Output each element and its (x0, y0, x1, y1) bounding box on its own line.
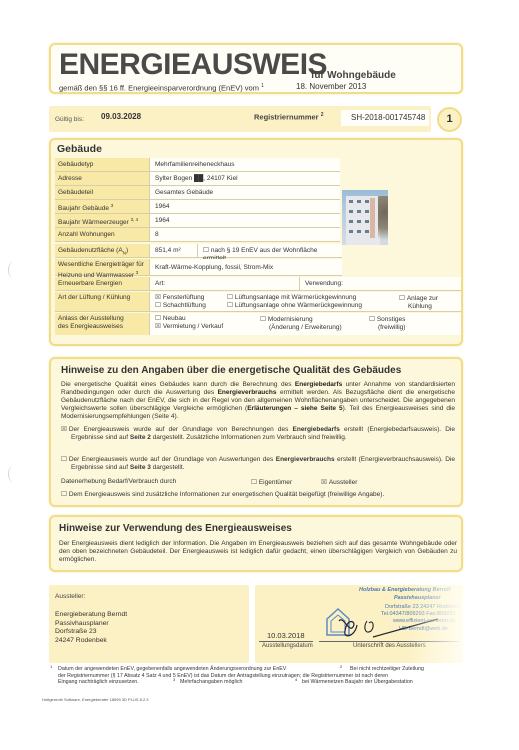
checkbox-additional-info[interactable]: ☐ (61, 490, 67, 498)
checkbox-demand-certificate[interactable]: ☒ (61, 425, 67, 433)
issuer-address: Energieberatung Berndt Passivhausplaner … (55, 611, 127, 645)
valid-until-date: 09.03.2028 (101, 112, 141, 121)
additional-info-row: ☐Dem Energieausweis sind zusätzliche Inf… (61, 490, 455, 499)
energy-quality-notes-section: Hinweise zu den Angaben über die energet… (49, 357, 463, 507)
divider (319, 641, 459, 642)
table-row: Baujahr Gebäude 31964 (55, 200, 340, 214)
document-title: ENERGIEAUSWEIS (59, 48, 327, 82)
valid-until-label: Gültig bis: (55, 116, 84, 123)
section-title: Gebäude (57, 143, 102, 155)
ventilation-row: Art der Lüftung / Kühlung ☒Fensterlüftun… (55, 292, 461, 312)
building-photo (342, 190, 388, 245)
renewables-row: Erneuerbare Energien Art: Verwendung: (55, 277, 461, 291)
checkbox-issuer[interactable]: ☒ (321, 478, 327, 486)
issue-date-label: Ausstellungsdatum (262, 643, 313, 649)
energy-carriers-row: Wesentliche Energieträger fürHeizung und… (55, 259, 342, 276)
footnotes: 1 Datum der angewendeten EnEV, gegebenen… (50, 666, 470, 686)
registration-number: SH-2018-001745748 (341, 110, 429, 126)
checkbox-area-from-living-space[interactable]: ☐ (203, 246, 209, 254)
usage-text: Der Energieausweis dient lediglich der I… (59, 540, 457, 564)
checkbox-other[interactable]: ☐ (369, 315, 375, 323)
checkbox-ventilation-heat-recovery[interactable]: ☐ (227, 293, 233, 301)
notes-intro: Die energetische Qualität eines Gebäudes… (61, 381, 455, 421)
document-subtitle: für Wohngebäude (311, 70, 396, 81)
data-collection-row: Datenerhebung Bedarf/Verbrauch durch ☐Ei… (61, 478, 455, 486)
section-title: Hinweise zu den Angaben über die energet… (61, 365, 401, 376)
building-table: GebäudetypMehrfamilienreiheneckhaus Adre… (55, 158, 340, 242)
checkbox-owner[interactable]: ☐ (251, 478, 257, 486)
issuer-box: Aussteller: Energieberatung Berndt Passi… (49, 585, 249, 663)
signature-icon (333, 611, 443, 641)
checkbox-cooling-system[interactable]: ☐ (399, 294, 405, 302)
signature-label: Unterschrift des Ausstellers (353, 643, 426, 649)
checkbox-consumption-certificate[interactable]: ☐ (61, 455, 67, 463)
law-reference: gemäß den §§ 16 ff. Energieeinsparverord… (59, 83, 264, 93)
punch-hole-mark (8, 262, 18, 278)
table-row: GebäudetypMehrfamilienreiheneckhaus (55, 158, 340, 172)
certificate-header: ENERGIEAUSWEIS für Wohngebäude gemäß den… (49, 43, 463, 94)
table-row: GebäudeteilGesamtes Gebäude (55, 186, 340, 200)
checkbox-window-ventilation[interactable]: ☒ (155, 293, 161, 301)
punch-hole-mark (8, 466, 18, 482)
occasion-row: Anlass der Ausstellungdes Energieausweis… (55, 313, 461, 335)
usable-area-row: Gebäudenutzfläche (AN) 851,4 m² ☐nach § … (55, 244, 342, 258)
option-consumption-certificate: ☐Der Energieausweis wurde auf der Grundl… (61, 455, 455, 472)
validity-row: Gültig bis: 09.03.2028 Registriernummer … (49, 106, 431, 132)
address-value: Sylter Bogen ██, 24107 Kiel (150, 172, 340, 185)
building-section: Gebäude GebäudetypMehrfamilienreiheneckh… (49, 138, 463, 346)
usage-notes-section: Hinweise zur Verwendung des Energieauswe… (49, 515, 463, 572)
signature-box: Holzbau & Energieberatung Berndt Passivh… (255, 585, 463, 663)
software-credit: Hottgenroth Software, Energieberater 185… (42, 697, 149, 702)
table-row: Baujahr Wärmeerzeuger 3, 41964 (55, 214, 340, 228)
checkbox-new-building[interactable]: ☐ (155, 314, 161, 322)
registration-label: Registriernummer 2 (254, 112, 323, 122)
issuer-label: Aussteller: (55, 593, 85, 600)
checkbox-ventilation-no-heat-recovery[interactable]: ☐ (227, 301, 233, 309)
option-demand-certificate: ☒Der Energieausweis wurde auf der Grundl… (61, 425, 455, 442)
table-row: AdresseSylter Bogen ██, 24107 Kiel (55, 172, 340, 186)
checkbox-modernisation[interactable]: ☐ (260, 315, 266, 323)
issue-date: 10.03.2018 (267, 631, 305, 640)
law-date: 18. November 2013 (296, 82, 366, 91)
table-row: Anzahl Wohnungen8 (55, 228, 340, 242)
section-title: Hinweise zur Verwendung des Energieauswe… (59, 523, 292, 534)
page-number-badge: 1 (437, 107, 462, 132)
checkbox-rental-sale[interactable]: ☒ (155, 322, 161, 330)
divider (259, 641, 313, 642)
checkbox-shaft-ventilation[interactable]: ☐ (155, 301, 161, 309)
issuer-stamp: Holzbau & Energieberatung Berndt Passivh… (319, 587, 459, 639)
